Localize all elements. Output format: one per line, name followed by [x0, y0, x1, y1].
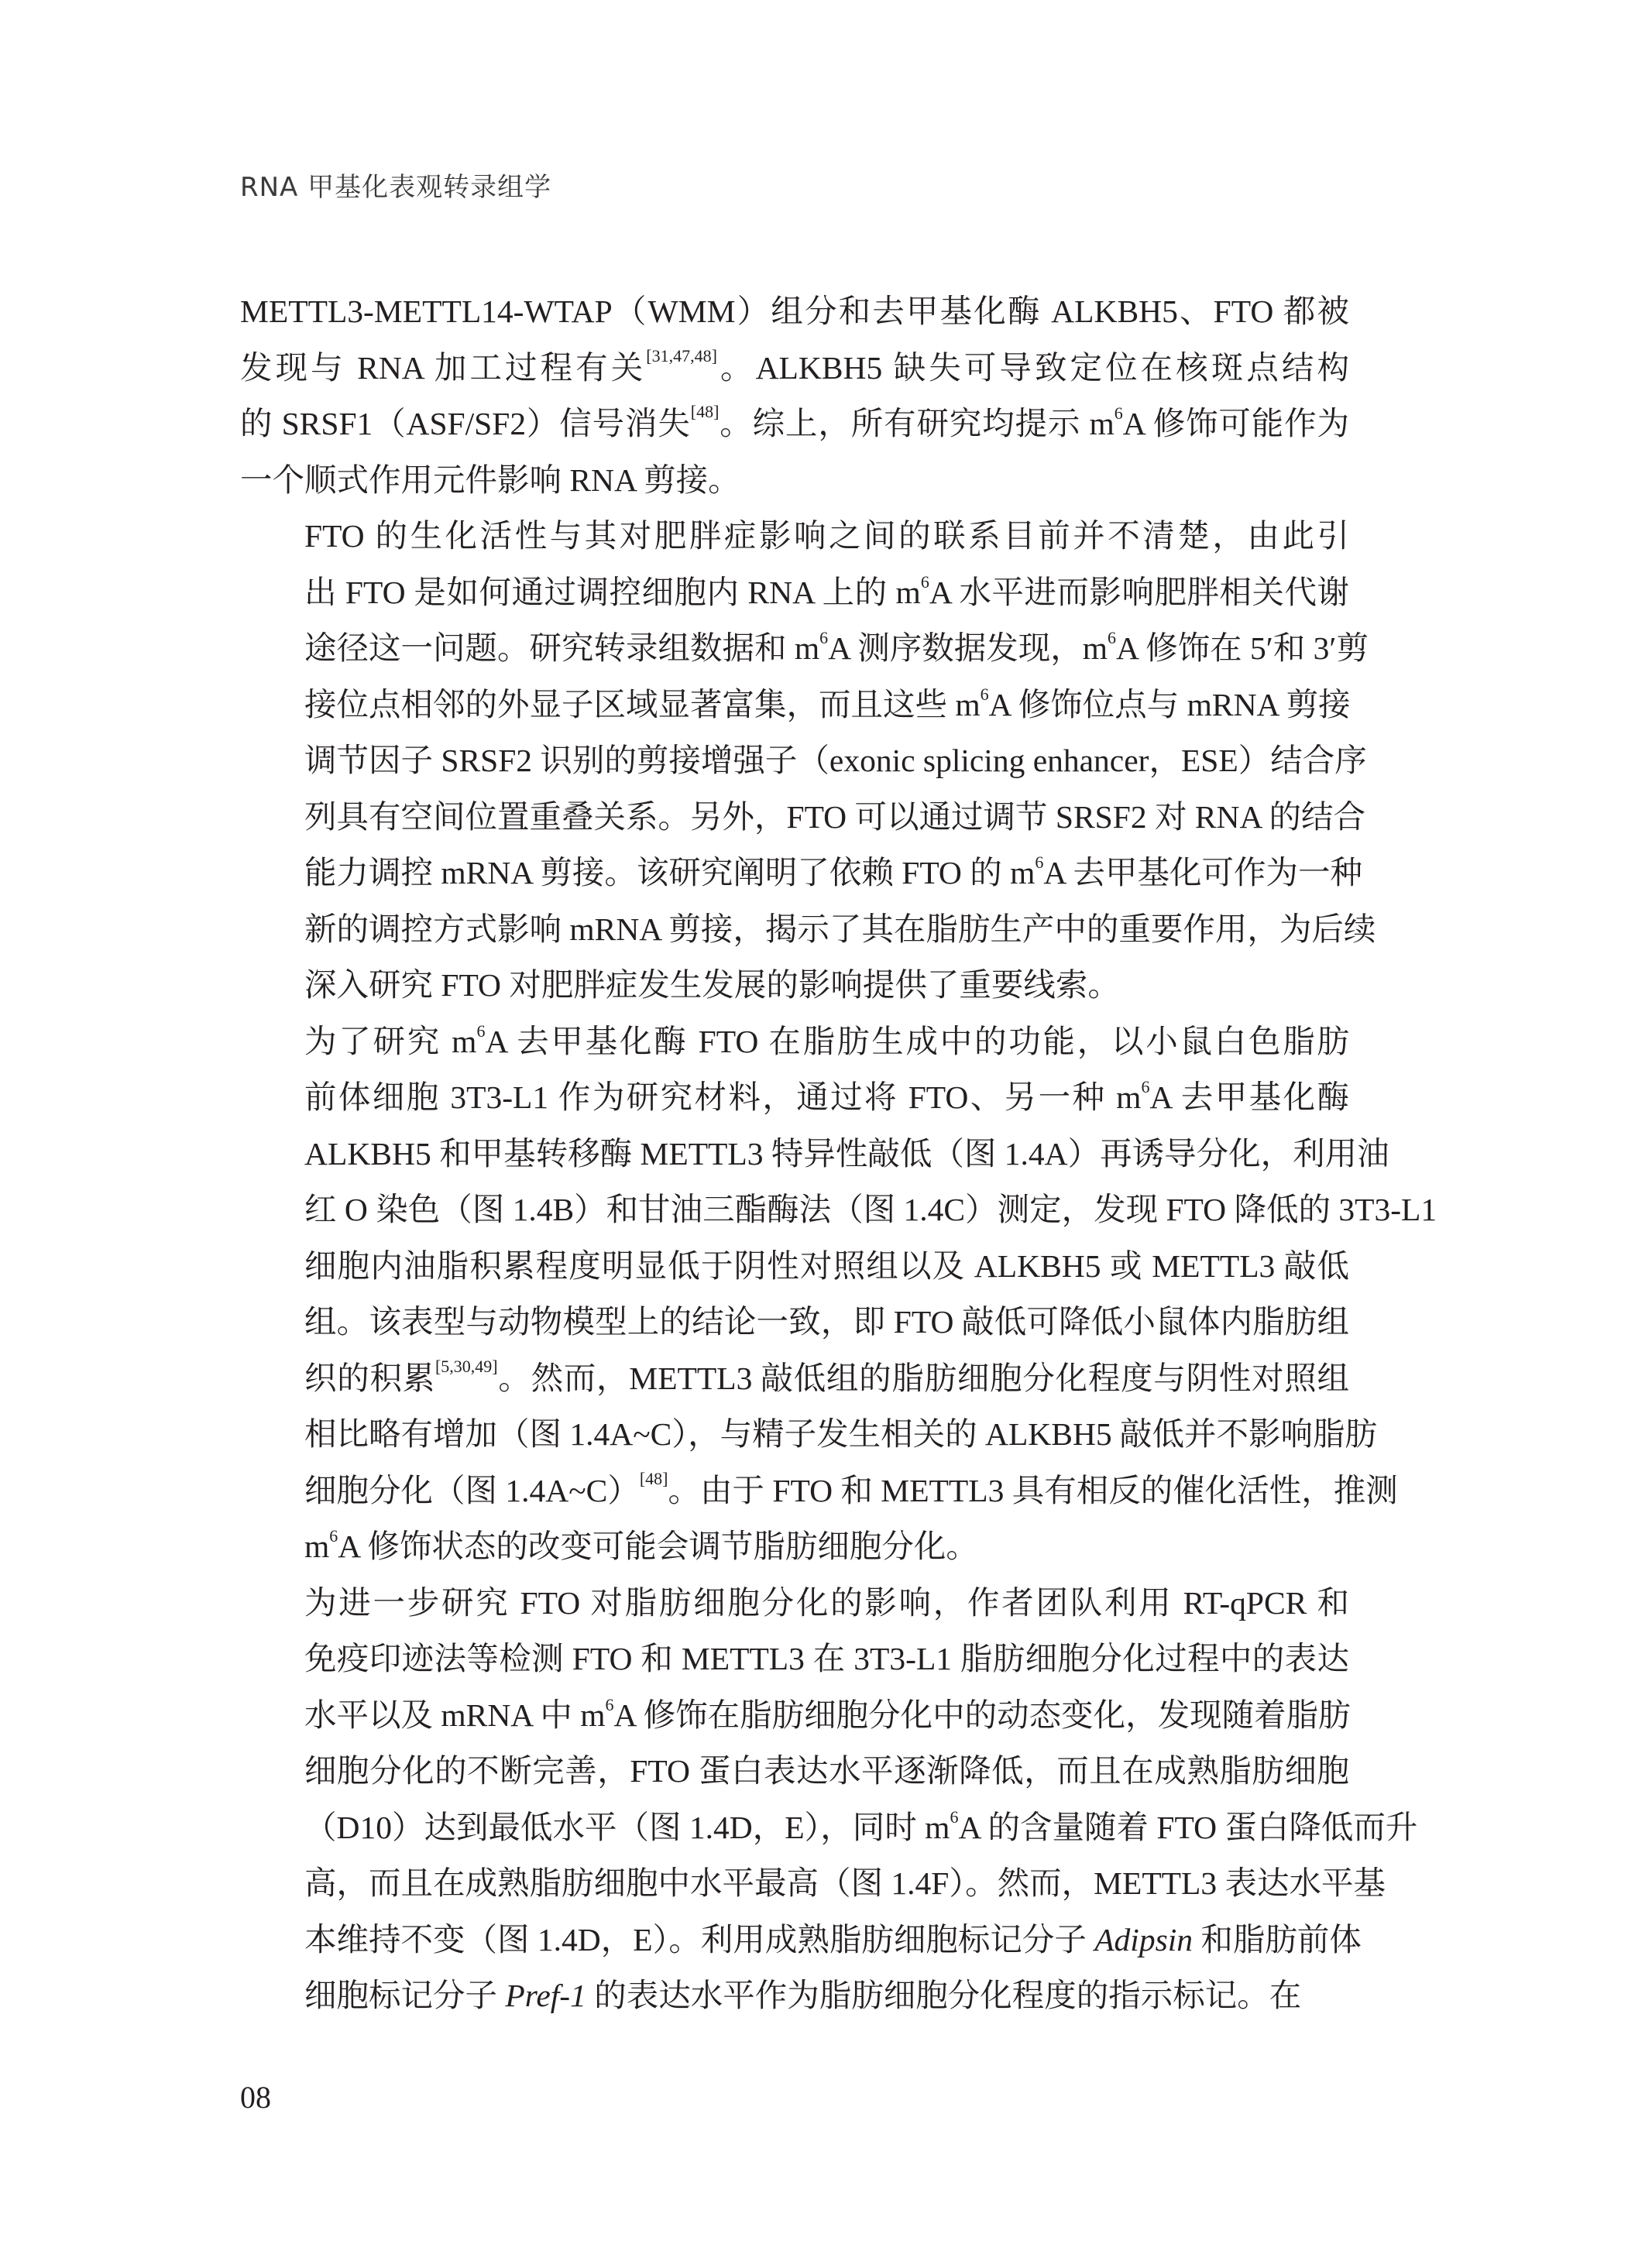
text-line: 能力调控 mRNA 剪接。该研究阐明了依赖 FTO 的 m6A 去甲基化可作为一…: [240, 845, 1349, 901]
superscript: 6: [950, 1807, 958, 1827]
citation-reference: [31,47,48]: [646, 346, 717, 365]
text-line: 接位点相邻的外显子区域显著富集，而且这些 m6A 修饰位点与 mRNA 剪接: [240, 677, 1349, 733]
text-line: m6A 修饰状态的改变可能会调节脂肪细胞分化。: [240, 1518, 1349, 1575]
text-line: FTO 的生化活性与其对肥胖症影响之间的联系目前并不清楚，由此引: [240, 508, 1349, 564]
text-line: 相比略有增加（图 1.4A~C），与精子发生相关的 ALKBH5 敲低并不影响脂…: [240, 1406, 1349, 1463]
paragraph: 为了研究 m6A 去甲基化酶 FTO 在脂肪生成中的功能，以小鼠白色脂肪前体细胞…: [240, 1014, 1349, 1575]
text-line: 的 SRSF1（ASF/SF2）信号消失[48]。综上，所有研究均提示 m6A …: [240, 396, 1349, 452]
superscript: 6: [981, 685, 989, 704]
text-line: 细胞内油脂积累程度明显低于阴性对照组以及 ALKBH5 或 METTL3 敲低: [240, 1238, 1349, 1295]
superscript: 6: [476, 1021, 485, 1041]
citation-reference: [5,30,49]: [435, 1357, 498, 1376]
text-line: 红 O 染色（图 1.4B）和甘油三酯酶法（图 1.4C）测定，发现 FTO 降…: [240, 1182, 1349, 1238]
text-line: 水平以及 mRNA 中 m6A 修饰在脂肪细胞分化中的动态变化，发现随着脂肪: [240, 1687, 1349, 1744]
citation-reference: [48]: [640, 1469, 668, 1488]
text-line: 为进一步研究 FTO 对脂肪细胞分化的影响，作者团队利用 RT-qPCR 和: [240, 1575, 1349, 1632]
body-text: METTL3-METTL14-WTAP（WMM）组分和去甲基化酶 ALKBH5、…: [240, 283, 1349, 2024]
text-line: 深入研究 FTO 对肥胖症发生发展的影响提供了重要线索。: [240, 957, 1349, 1014]
text-line: 织的积累[5,30,49]。然而，METTL3 敲低组的脂肪细胞分化程度与阴性对…: [240, 1350, 1349, 1407]
superscript: 6: [921, 572, 929, 592]
text-line: （D10）达到最低水平（图 1.4D，E），同时 m6A 的含量随着 FTO 蛋…: [240, 1800, 1349, 1856]
running-header-title: RNA 甲基化表观转录组学: [240, 166, 551, 204]
text-line: 新的调控方式影响 mRNA 剪接，揭示了其在脂肪生产中的重要作用，为后续: [240, 901, 1349, 958]
superscript: 6: [606, 1695, 614, 1714]
superscript: 6: [819, 628, 828, 647]
text-line: 发现与 RNA 加工过程有关[31,47,48]。ALKBH5 缺失可导致定位在…: [240, 340, 1349, 396]
text-line: 为了研究 m6A 去甲基化酶 FTO 在脂肪生成中的功能，以小鼠白色脂肪: [240, 1014, 1349, 1070]
superscript: 6: [1035, 853, 1043, 872]
superscript: 6: [1141, 1077, 1149, 1096]
text-line: 细胞分化（图 1.4A~C）[48]。由于 FTO 和 METTL3 具有相反的…: [240, 1463, 1349, 1519]
superscript: 6: [329, 1526, 338, 1546]
paragraph: FTO 的生化活性与其对肥胖症影响之间的联系目前并不清楚，由此引出 FTO 是如…: [240, 508, 1349, 1014]
text-line: 前体细胞 3T3-L1 作为研究材料，通过将 FTO、另一种 m6A 去甲基化酶: [240, 1069, 1349, 1126]
gene-name-italic: Pref-1: [505, 1978, 586, 2013]
text-line: 免疫印迹法等检测 FTO 和 METTL3 在 3T3-L1 脂肪细胞分化过程中…: [240, 1631, 1349, 1687]
superscript: 6: [1115, 403, 1123, 423]
paragraph: METTL3-METTL14-WTAP（WMM）组分和去甲基化酶 ALKBH5、…: [240, 283, 1349, 508]
text-line: 组。该表型与动物模型上的结论一致，即 FTO 敲低可降低小鼠体内脂肪组: [240, 1294, 1349, 1350]
paragraph: 为进一步研究 FTO 对脂肪细胞分化的影响，作者团队利用 RT-qPCR 和免疫…: [240, 1575, 1349, 2024]
superscript: 6: [1108, 628, 1116, 647]
page-number: 08: [240, 2079, 271, 2115]
text-line: 列具有空间位置重叠关系。另外，FTO 可以通过调节 SRSF2 对 RNA 的结…: [240, 789, 1349, 846]
text-line: 出 FTO 是如何通过调控细胞内 RNA 上的 m6A 水平进而影响肥胖相关代谢: [240, 564, 1349, 621]
text-line: 高，而且在成熟脂肪细胞中水平最高（图 1.4F）。然而，METTL3 表达水平基: [240, 1855, 1349, 1912]
text-line: 调节因子 SRSF2 识别的剪接增强子（exonic splicing enha…: [240, 733, 1349, 789]
text-line: 细胞分化的不断完善，FTO 蛋白表达水平逐渐降低，而且在成熟脂肪细胞: [240, 1743, 1349, 1800]
gene-name-italic: Adipsin: [1094, 1922, 1193, 1957]
text-line: ALKBH5 和甲基转移酶 METTL3 特异性敲低（图 1.4A）再诱导分化，…: [240, 1126, 1349, 1182]
text-line: METTL3-METTL14-WTAP（WMM）组分和去甲基化酶 ALKBH5、…: [240, 283, 1349, 340]
text-line: 途径这一问题。研究转录组数据和 m6A 测序数据发现，m6A 修饰在 5′和 3…: [240, 620, 1349, 677]
citation-reference: [48]: [691, 402, 720, 421]
text-line: 细胞标记分子 Pref-1 的表达水平作为脂肪细胞分化程度的指示标记。在: [240, 1968, 1349, 2024]
text-line: 一个顺式作用元件影响 RNA 剪接。: [240, 452, 1349, 509]
text-line: 本维持不变（图 1.4D，E）。利用成熟脂肪细胞标记分子 Adipsin 和脂肪…: [240, 1912, 1349, 1968]
